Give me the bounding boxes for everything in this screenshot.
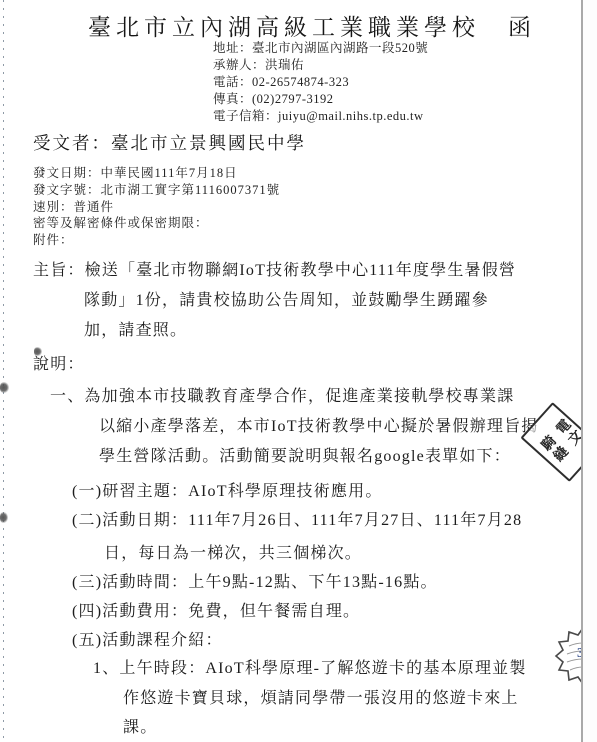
ink-fragment bbox=[0, 382, 9, 393]
body-line-sub3: (三)活動時間：上午9點-12點、下午13點-16點。 bbox=[72, 569, 438, 592]
body-line-sub5: (五)活動課程介紹： bbox=[72, 627, 223, 650]
contact-address: 地址：臺北市內湖區內湖路一段520號 bbox=[213, 40, 428, 57]
left-fold-dotted-line bbox=[3, 0, 4, 742]
meta-doc-number: 發文字號：北市湖工實字第1116007371號 bbox=[33, 182, 280, 199]
body-line-sub2-1: (二)活動日期：111年7月26日、111年7月27日、111年7月28 bbox=[72, 507, 522, 530]
ink-fragment bbox=[34, 347, 42, 356]
meta-attachment: 附件： bbox=[33, 232, 280, 249]
meta-block: 發文日期：中華民國111年7月18日 發文字號：北市湖工實字第111600737… bbox=[33, 165, 280, 249]
recipient-line: 受文者：臺北市立景興國民中學 bbox=[33, 130, 306, 155]
meta-issue-date: 發文日期：中華民國111年7月18日 bbox=[33, 165, 280, 182]
ink-fragment bbox=[0, 512, 8, 523]
contact-block: 地址：臺北市內湖區內湖路一段520號 承辦人：洪瑞佑 電話：02-2657487… bbox=[213, 40, 428, 125]
body-line-subject-3: 加，請查照。 bbox=[84, 317, 187, 340]
contact-phone: 電話：02-26574874-323 bbox=[213, 74, 428, 91]
body-line-course1-3: 課。 bbox=[123, 714, 157, 737]
body-line-item1-2: 以縮小產學落差，本市IoT技術教學中心擬於暑假辦理旨揭 bbox=[99, 413, 539, 436]
scan-right-margin bbox=[583, 0, 597, 742]
body-line-sub4: (四)活動費用：免費，但午餐需自理。 bbox=[72, 598, 360, 621]
body-line-item1-1: 一、為加強本市技職教育產學合作，促進產業接軌學校專業課 bbox=[50, 383, 514, 406]
document-title: 臺北市立內湖高級工業職業學校 函 bbox=[88, 9, 536, 42]
body-line-course1-1: 1、上午時段：AIoT科學原理-了解悠遊卡的基本原理並製 bbox=[93, 655, 527, 678]
body-line-subject-2: 隊動」1份，請貴校協助公告周知，並鼓勵學生踴躍參 bbox=[84, 287, 489, 310]
body-line-sub2-2: 日，每日為一梯次，共三個梯次。 bbox=[104, 540, 362, 563]
contact-fax: 傳真：(02)2797-3192 bbox=[213, 91, 428, 108]
body-line-sub1: (一)研習主題：AIoT科學原理技術應用。 bbox=[72, 478, 383, 501]
meta-security: 密等及解密條件或保密期限： bbox=[33, 215, 280, 232]
meta-speed: 速別：普通件 bbox=[33, 199, 280, 216]
body-line-course1-2: 作悠遊卡寶貝球，煩請同學帶一張沒用的悠遊卡來上 bbox=[123, 685, 519, 708]
body-line-item1-3: 學生營隊活動。活動簡要說明與報名google表單如下： bbox=[99, 443, 511, 466]
scanned-official-letter: 臺北市立內湖高級工業職業學校 函 地址：臺北市內湖區內湖路一段520號 承辦人：… bbox=[0, 0, 597, 742]
contact-person: 承辦人：洪瑞佑 bbox=[213, 57, 428, 74]
contact-email: 電子信箱：juiyu@mail.nihs.tp.edu.tw bbox=[213, 108, 428, 125]
body-line-subject-1: 主旨：檢送「臺北市物聯網IoT技術教學中心111年度學生暑假營 bbox=[33, 257, 516, 280]
